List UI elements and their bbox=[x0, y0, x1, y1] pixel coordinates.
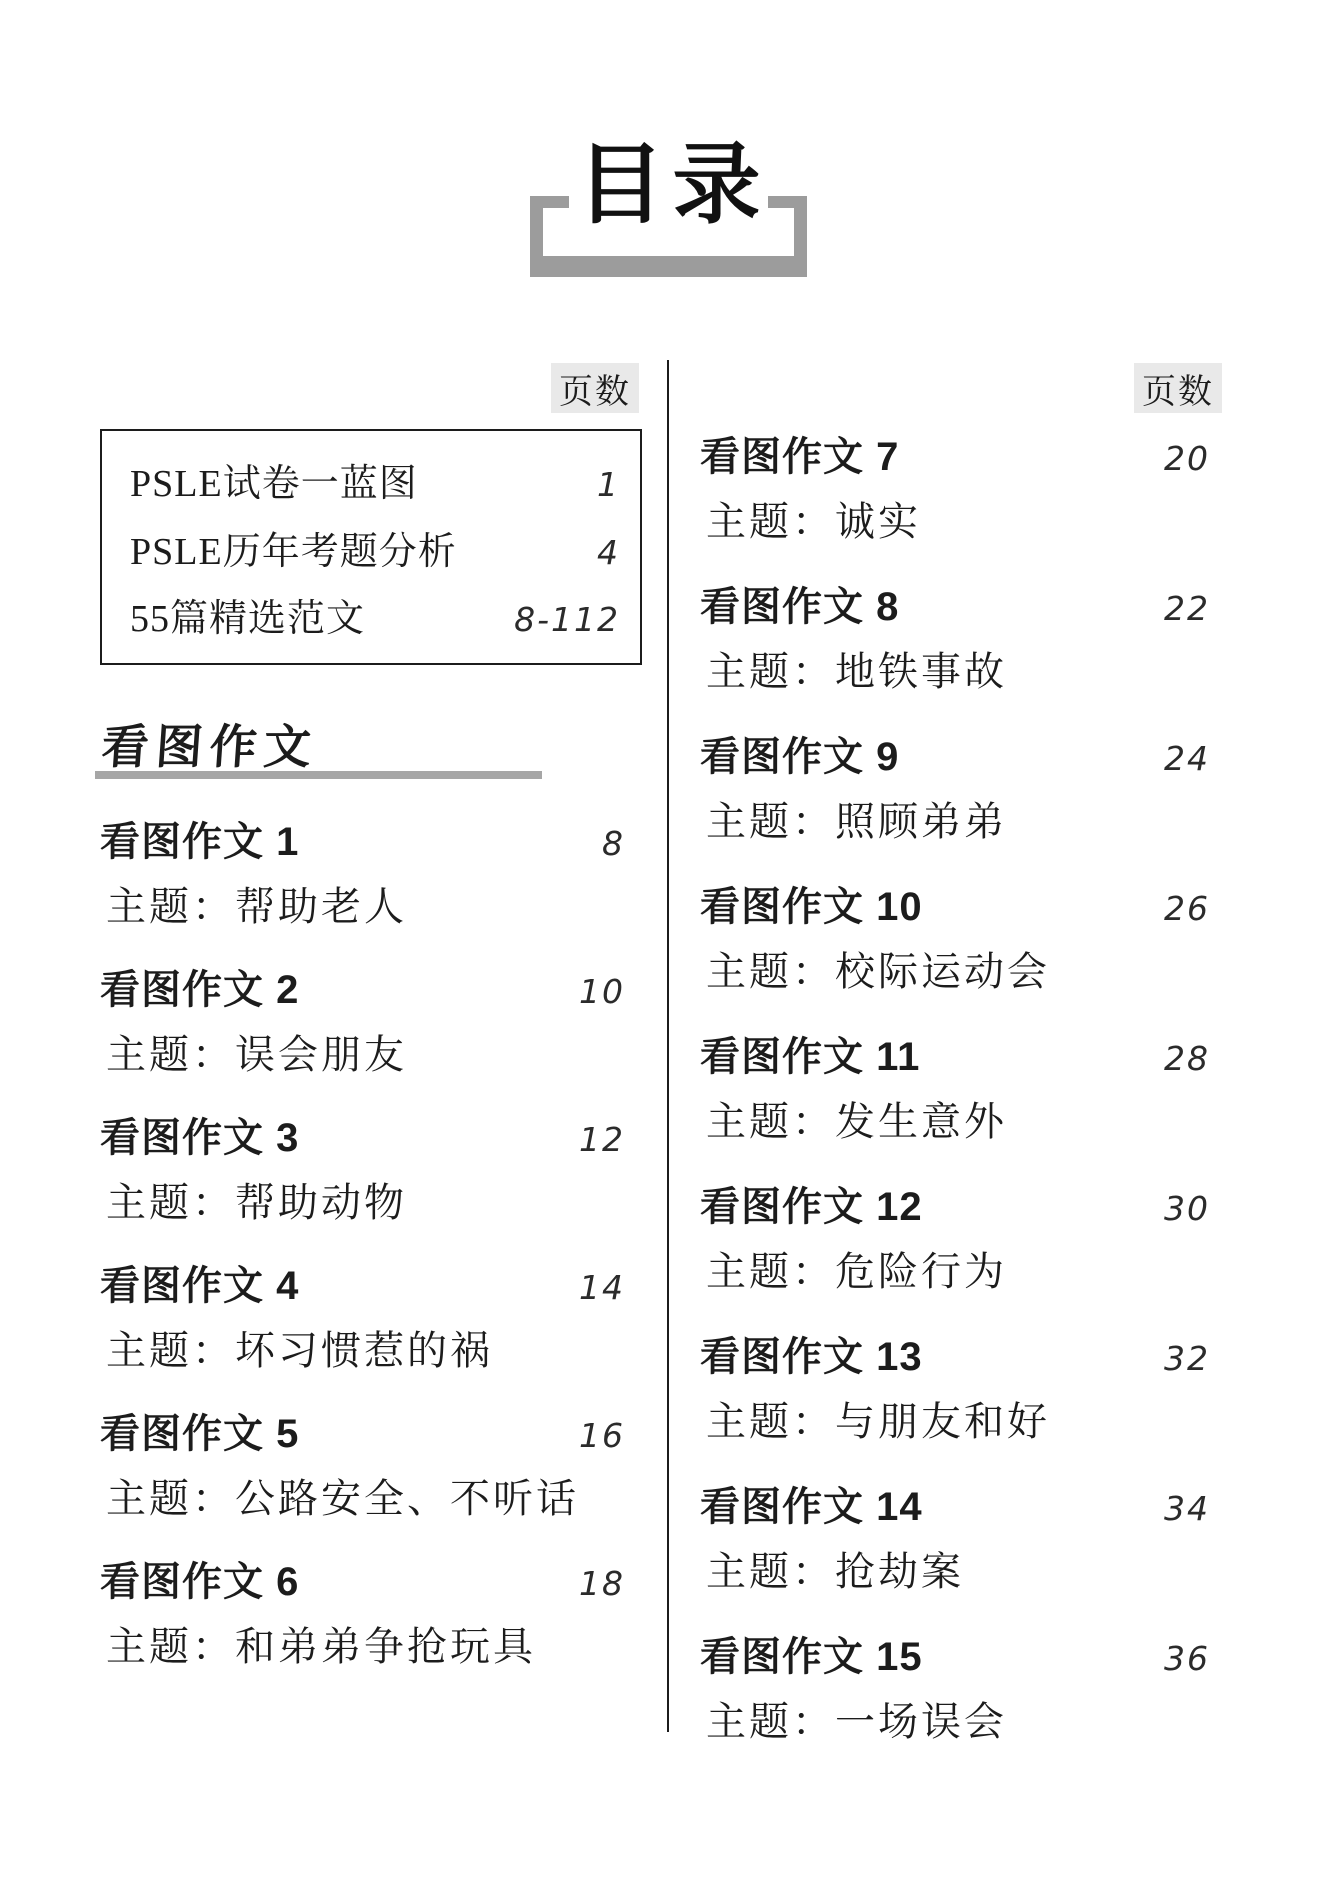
entry-theme: 主题：危险行为 bbox=[700, 1247, 1210, 1296]
toc-entry: 看图作文 5 16 主题：公路安全、不听话 bbox=[100, 1410, 625, 1523]
entry-theme: 主题：诚实 bbox=[700, 497, 1210, 546]
entry-title: 看图作文 14 bbox=[700, 1483, 923, 1531]
entry-theme: 主题：与朋友和好 bbox=[700, 1397, 1210, 1446]
entry-theme: 主题：发生意外 bbox=[700, 1097, 1210, 1146]
entry-page-number: 14 bbox=[579, 1268, 625, 1307]
entry-theme: 主题：坏习惯惹的祸 bbox=[100, 1326, 625, 1375]
entry-page-number: 18 bbox=[579, 1564, 625, 1603]
intro-row-label: PSLE试卷一蓝图 bbox=[130, 452, 418, 507]
entry-theme: 主题：地铁事故 bbox=[700, 647, 1210, 696]
toc-entry: 看图作文 14 34 主题：抢劫案 bbox=[700, 1483, 1210, 1596]
entry-page-number: 22 bbox=[1164, 589, 1210, 628]
toc-entry: 看图作文 4 14 主题：坏习惯惹的祸 bbox=[100, 1262, 625, 1375]
entry-title: 看图作文 15 bbox=[700, 1633, 923, 1681]
toc-entry: 看图作文 8 22 主题：地铁事故 bbox=[700, 583, 1210, 696]
entry-page-number: 12 bbox=[579, 1120, 625, 1159]
entry-page-number: 36 bbox=[1164, 1639, 1210, 1678]
section-header: 看图作文 bbox=[100, 710, 321, 777]
toc-entry: 看图作文 7 20 主题：诚实 bbox=[700, 433, 1210, 546]
entry-theme: 主题：一场误会 bbox=[700, 1697, 1210, 1746]
entry-page-number: 28 bbox=[1164, 1039, 1210, 1078]
toc-entry: 看图作文 9 24 主题：照顾弟弟 bbox=[700, 733, 1210, 846]
left-entry-list: 看图作文 1 8 主题：帮助老人 看图作文 2 10 主题：误会朋友 看图作文 … bbox=[100, 818, 625, 1706]
page-count-header-left: 页数 bbox=[551, 363, 639, 413]
toc-entry: 看图作文 3 12 主题：帮助动物 bbox=[100, 1114, 625, 1227]
entry-title: 看图作文 7 bbox=[700, 433, 899, 481]
entry-theme: 主题：和弟弟争抢玩具 bbox=[100, 1622, 625, 1671]
entry-title: 看图作文 8 bbox=[700, 583, 899, 631]
intro-row-label: PSLE历年考题分析 bbox=[130, 520, 457, 575]
toc-entry: 看图作文 13 32 主题：与朋友和好 bbox=[700, 1333, 1210, 1446]
entry-theme: 主题：公路安全、不听话 bbox=[100, 1474, 625, 1523]
entry-theme: 主题：抢劫案 bbox=[700, 1547, 1210, 1596]
toc-entry: 看图作文 2 10 主题：误会朋友 bbox=[100, 966, 625, 1079]
entry-title: 看图作文 5 bbox=[100, 1410, 299, 1458]
entry-title: 看图作文 10 bbox=[700, 883, 923, 931]
entry-page-number: 8 bbox=[602, 824, 625, 863]
toc-entry: 看图作文 10 26 主题：校际运动会 bbox=[700, 883, 1210, 996]
section-underline bbox=[95, 771, 542, 779]
entry-page-number: 32 bbox=[1164, 1339, 1210, 1378]
entry-page-number: 30 bbox=[1164, 1189, 1210, 1228]
right-entry-list: 看图作文 7 20 主题：诚实 看图作文 8 22 主题：地铁事故 看图作文 9… bbox=[700, 433, 1210, 1783]
entry-page-number: 16 bbox=[579, 1416, 625, 1455]
entry-page-number: 20 bbox=[1164, 439, 1210, 478]
intro-row-page: 1 bbox=[597, 465, 620, 504]
entry-title: 看图作文 12 bbox=[700, 1183, 923, 1231]
entry-theme: 主题：帮助老人 bbox=[100, 882, 625, 931]
entry-page-number: 34 bbox=[1164, 1489, 1210, 1528]
entry-theme: 主题：帮助动物 bbox=[100, 1178, 625, 1227]
entry-page-number: 26 bbox=[1164, 889, 1210, 928]
intro-box-row: PSLE历年考题分析 4 bbox=[130, 520, 620, 575]
page-title: 目录 bbox=[530, 130, 807, 240]
intro-box: PSLE试卷一蓝图 1 PSLE历年考题分析 4 55篇精选范文 8-112 bbox=[100, 429, 642, 665]
entry-theme: 主题：照顾弟弟 bbox=[700, 797, 1210, 846]
toc-entry: 看图作文 12 30 主题：危险行为 bbox=[700, 1183, 1210, 1296]
intro-row-page: 8-112 bbox=[514, 600, 620, 639]
intro-box-row: PSLE试卷一蓝图 1 bbox=[130, 452, 620, 507]
entry-page-number: 10 bbox=[579, 972, 625, 1011]
toc-entry: 看图作文 1 8 主题：帮助老人 bbox=[100, 818, 625, 931]
entry-title: 看图作文 11 bbox=[700, 1033, 920, 1081]
entry-page-number: 24 bbox=[1164, 739, 1210, 778]
intro-box-row: 55篇精选范文 8-112 bbox=[130, 587, 620, 642]
toc-entry: 看图作文 11 28 主题：发生意外 bbox=[700, 1033, 1210, 1146]
entry-title: 看图作文 2 bbox=[100, 966, 299, 1014]
entry-title: 看图作文 3 bbox=[100, 1114, 299, 1162]
column-divider bbox=[667, 360, 669, 1732]
entry-title: 看图作文 9 bbox=[700, 733, 899, 781]
intro-row-page: 4 bbox=[597, 533, 620, 572]
toc-entry: 看图作文 6 18 主题：和弟弟争抢玩具 bbox=[100, 1558, 625, 1671]
entry-theme: 主题：校际运动会 bbox=[700, 947, 1210, 996]
toc-entry: 看图作文 15 36 主题：一场误会 bbox=[700, 1633, 1210, 1746]
entry-title: 看图作文 4 bbox=[100, 1262, 299, 1310]
entry-title: 看图作文 6 bbox=[100, 1558, 299, 1606]
page-count-header-right: 页数 bbox=[1134, 363, 1222, 413]
entry-title: 看图作文 1 bbox=[100, 818, 299, 866]
intro-row-label: 55篇精选范文 bbox=[130, 587, 365, 642]
entry-theme: 主题：误会朋友 bbox=[100, 1030, 625, 1079]
entry-title: 看图作文 13 bbox=[700, 1333, 923, 1381]
